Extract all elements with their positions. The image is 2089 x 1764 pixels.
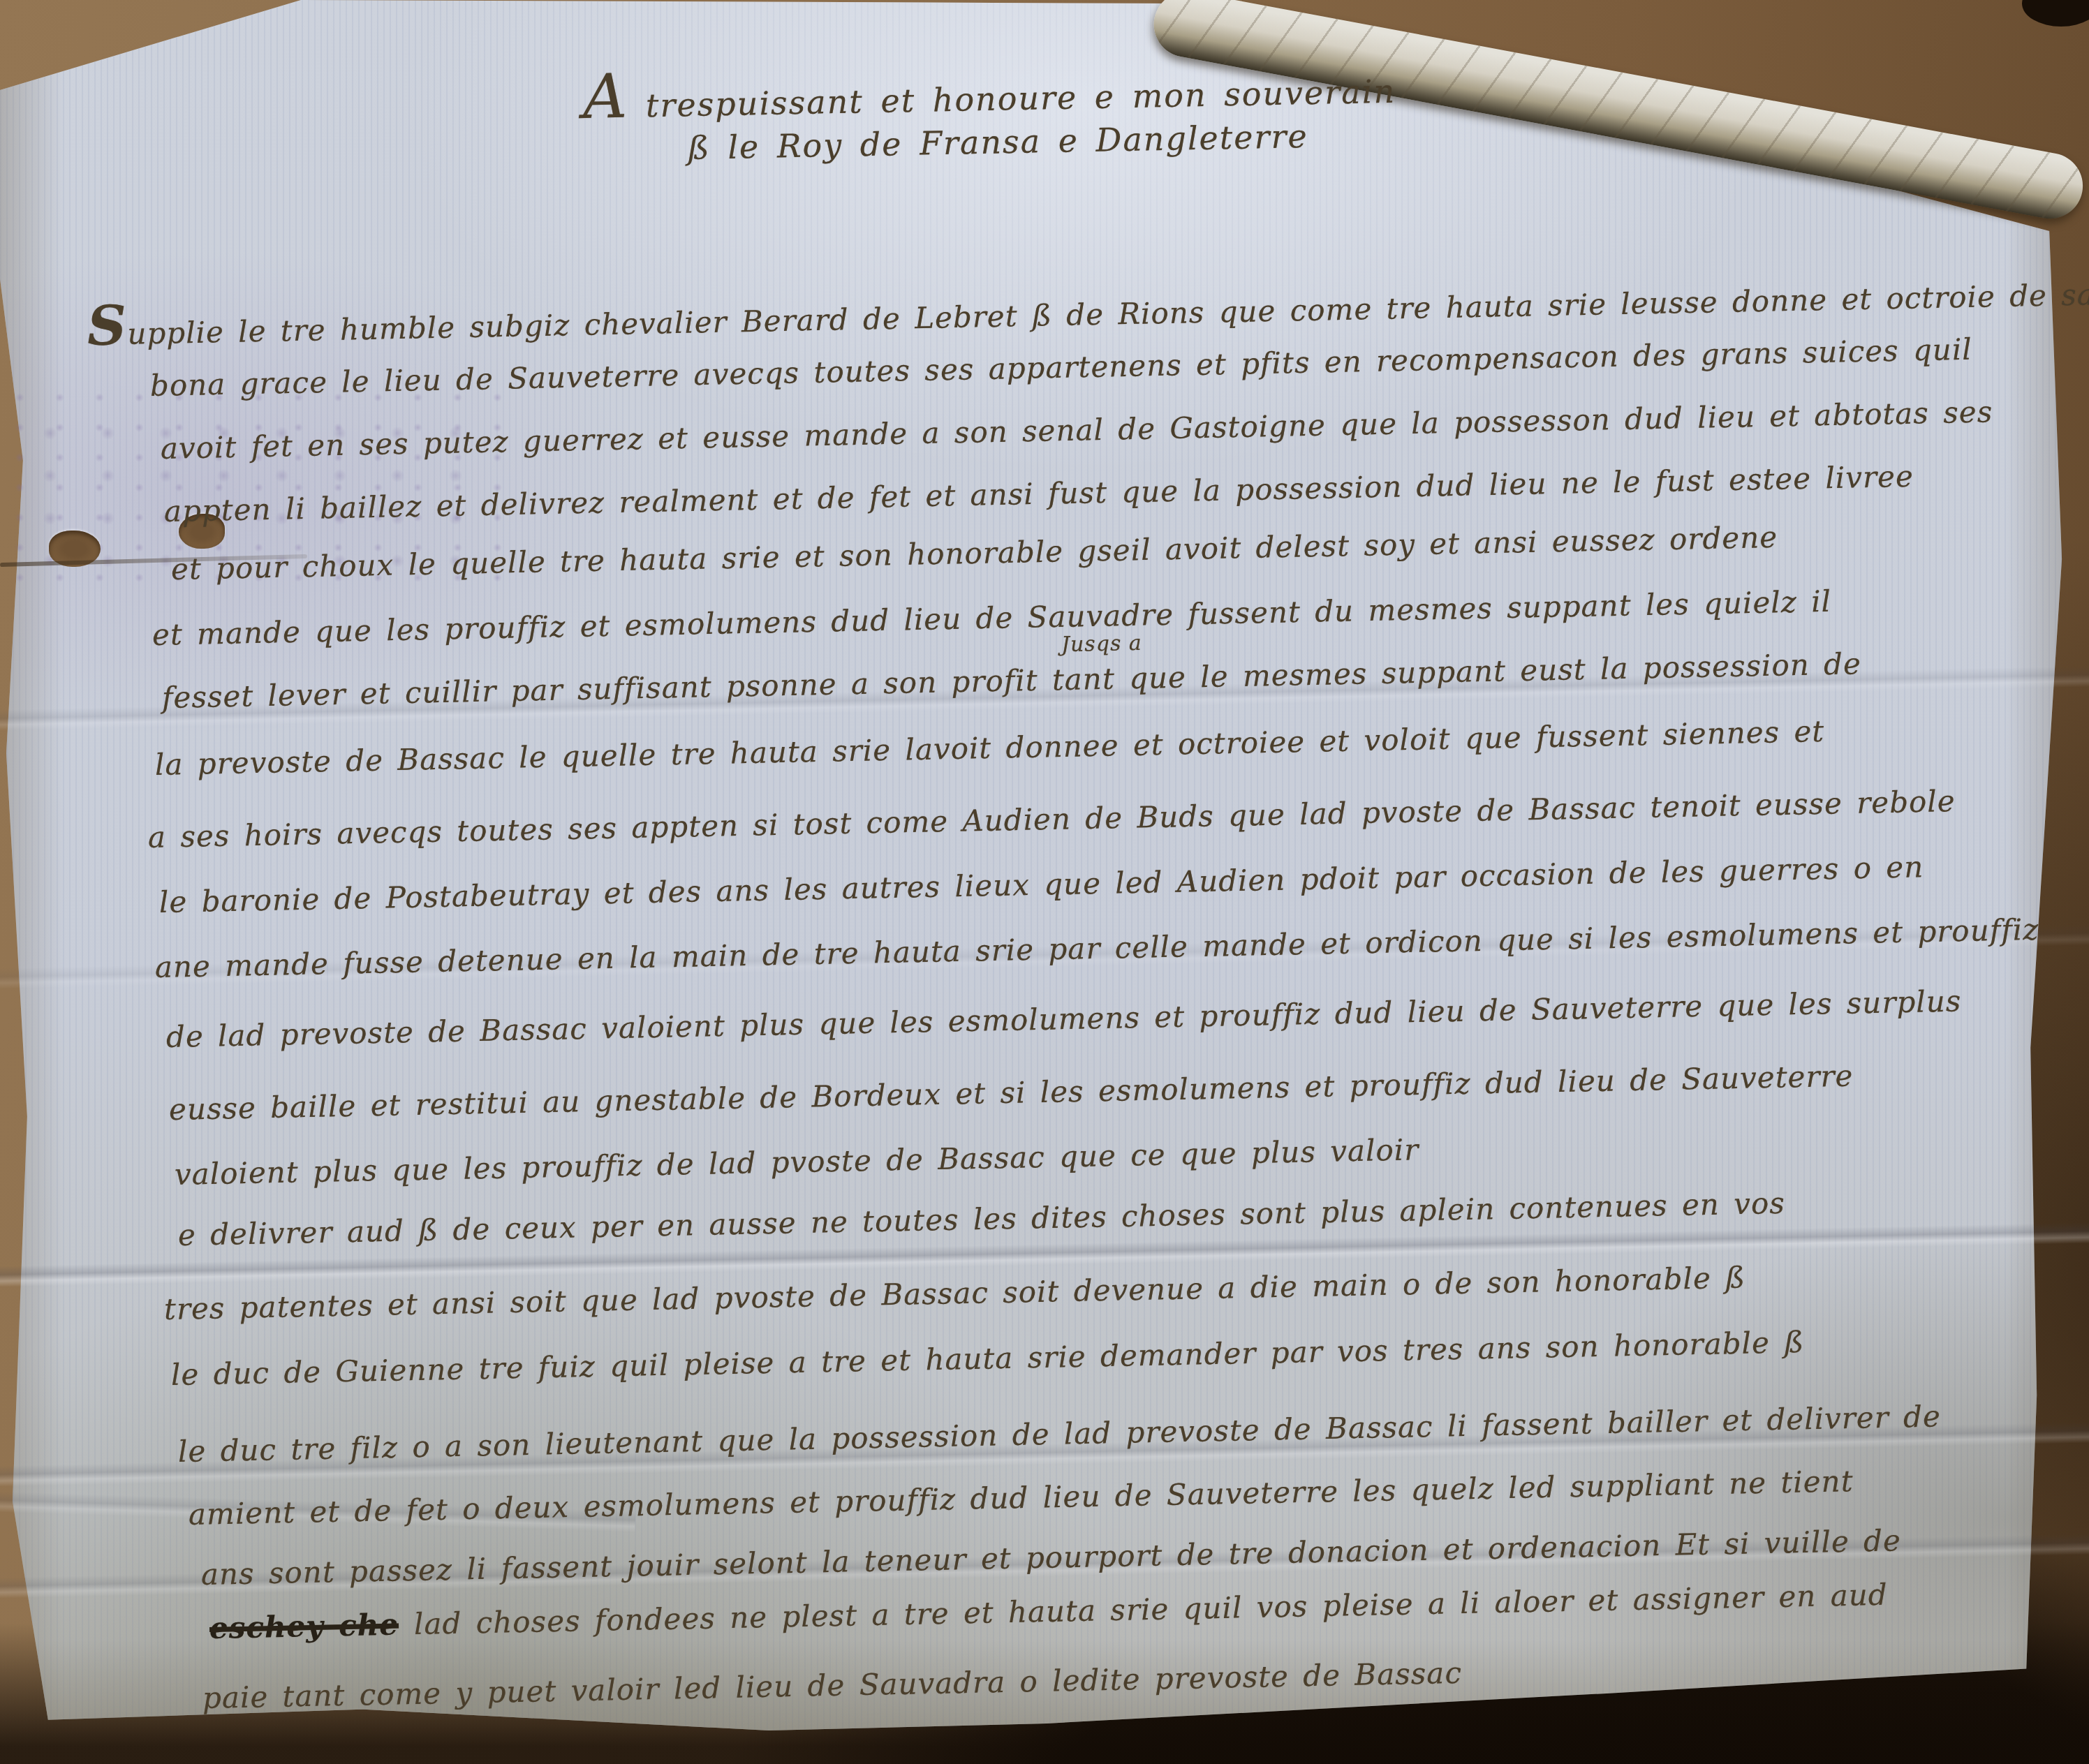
line-text: ane mande fusse detenue en la main de tr… xyxy=(155,912,2039,984)
line-text: a ses hoirs avecqs toutes ses appten si … xyxy=(148,784,1956,854)
photo-background: A trespuissant et honoure e mon souverai… xyxy=(0,0,2089,1764)
manuscript-line-3: avoit fet en ses putez guerrez et eusse … xyxy=(161,394,1993,466)
manuscript-line-15: e delivrer aud ß de ceux per en ausse ne… xyxy=(178,1186,1786,1252)
line-text: et mande que les prouffiz et esmolumens … xyxy=(152,584,1832,652)
line-text: ans sont passez li fassent jouir selont … xyxy=(201,1523,1902,1592)
manuscript-line-21: eschey chelad choses fondees ne plest a … xyxy=(209,1578,1889,1645)
manuscript-line-16: tres patentes et ansi soit que lad pvost… xyxy=(164,1261,1746,1326)
manuscript-line-22: paie tant come y puet valoir led lieu de… xyxy=(202,1656,1463,1715)
line-text: et pour choux le quelle tre hauta srie e… xyxy=(171,520,1778,586)
insertion-text: Jusqs a xyxy=(1061,631,1142,657)
manuscript-line-8: la prevoste de Bassac le quelle tre haut… xyxy=(155,714,1825,782)
manuscript-line-12: de lad prevoste de Bassac valoient plus … xyxy=(166,984,1962,1054)
manuscript-line-17: le duc de Guienne tre fuiz quil pleise a… xyxy=(171,1325,1805,1392)
line-text: le baronie de Postabeutray et des ans le… xyxy=(159,850,1924,919)
line-text: amient et de fet o deux esmolumens et pr… xyxy=(189,1464,1854,1532)
interline-insertion: Jusqs a xyxy=(1061,631,1142,657)
line-text: le duc de Guienne tre fuiz quil pleise a… xyxy=(171,1325,1805,1392)
manuscript-line-13: eusse baille et restitui au gnestable de… xyxy=(169,1059,1854,1127)
manuscript-line-20: ans sont passez li fassent jouir selont … xyxy=(201,1523,1902,1592)
line-text: avoit fet en ses putez guerrez et eusse … xyxy=(161,394,1993,466)
line-text: paie tant come y puet valoir led lieu de… xyxy=(202,1656,1463,1715)
handwritten-text-layer: A trespuissant et honoure e mon souverai… xyxy=(0,0,2089,1764)
line-text: appten li baillez et delivrez realment e… xyxy=(164,459,1914,528)
line-text: tres patentes et ansi soit que lad pvost… xyxy=(164,1261,1746,1326)
manuscript-line-7: fesset lever et cuillir par suffisant ps… xyxy=(162,646,1862,715)
manuscript-line-18: le duc tre filz o a son lieutenant que l… xyxy=(178,1399,1942,1469)
manuscript-line-11: ane mande fusse detenue en la main de tr… xyxy=(155,912,2039,984)
manuscript-line-6: et mande que les prouffiz et esmolumens … xyxy=(152,584,1832,652)
manuscript-line-19: amient et de fet o deux esmolumens et pr… xyxy=(189,1464,1854,1532)
line-text: la prevoste de Bassac le quelle tre haut… xyxy=(155,714,1825,782)
line-text: e delivrer aud ß de ceux per en ausse ne… xyxy=(178,1186,1786,1252)
struck-words: eschey che xyxy=(209,1608,399,1645)
line-text: eusse baille et restitui au gnestable de… xyxy=(169,1059,1854,1127)
line-text: de lad prevoste de Bassac valoient plus … xyxy=(166,984,1962,1054)
line-text: valoient plus que les prouffiz de lad pv… xyxy=(175,1132,1419,1192)
line-text: le duc tre filz o a son lieutenant que l… xyxy=(178,1399,1942,1469)
manuscript-line-14: valoient plus que les prouffiz de lad pv… xyxy=(175,1132,1419,1192)
manuscript-line-5: et pour choux le quelle tre hauta srie e… xyxy=(171,520,1778,586)
line-text: lad choses fondees ne plest a tre et hau… xyxy=(414,1578,1889,1641)
manuscript-line-4: appten li baillez et delivrez realment e… xyxy=(164,459,1914,528)
manuscript-line-10: le baronie de Postabeutray et des ans le… xyxy=(159,850,1924,919)
manuscript-line-9: a ses hoirs avecqs toutes ses appten si … xyxy=(148,784,1956,854)
line-text: fesset lever et cuillir par suffisant ps… xyxy=(162,646,1862,715)
